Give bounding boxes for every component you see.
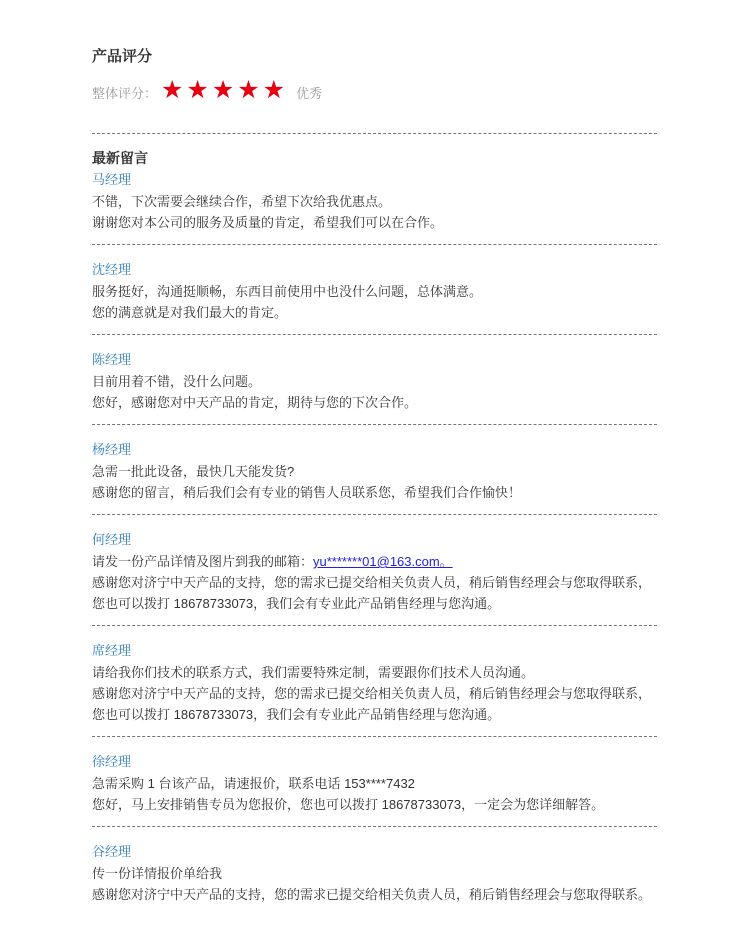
product-rating-title: 产品评分: [92, 48, 657, 66]
comment-entry: 杨经理 急需一批此设备，最快几天能发货? 感谢您的留言，稍后我们会有专业的销售人…: [92, 439, 657, 503]
commenter-name: 何经理: [92, 529, 657, 551]
comment-text: 传一份详情报价单给我: [92, 863, 657, 884]
commenter-name: 马经理: [92, 169, 657, 191]
reply-text: 您的满意就是对我们最大的肯定。: [92, 302, 657, 323]
reply-text: 谢谢您对本公司的服务及质量的肯定，希望我们可以在合作。: [92, 212, 657, 233]
comment-entry: 谷经理 传一份详情报价单给我 感谢您对济宁中天产品的支持，您的需求已提交给相关负…: [92, 841, 657, 905]
reply-text: 感谢您对济宁中天产品的支持，您的需求已提交给相关负责人员，稍后销售经理会与您取得…: [92, 884, 657, 905]
commenter-name: 徐经理: [92, 751, 657, 773]
comment-text: 请给我你们技术的联系方式，我们需要特殊定制，需要跟你们技术人员沟通。: [92, 662, 657, 683]
commenter-name: 谷经理: [92, 841, 657, 863]
comment-text: 急需采购 1 台该产品，请速报价，联系电话 153****7432: [92, 773, 657, 794]
dashed-divider: [92, 334, 657, 335]
comment-entry: 陈经理 目前用着不错，没什么问题。 您好，感谢您对中天产品的肯定，期待与您的下次…: [92, 349, 657, 413]
comment-entry: 马经理 不错，下次需要会继续合作，希望下次给我优惠点。 谢谢您对本公司的服务及质…: [92, 169, 657, 233]
dashed-divider: [92, 736, 657, 737]
comment-text: 服务挺好，沟通挺顺畅，东西目前使用中也没什么问题，总体满意。: [92, 281, 657, 302]
dashed-divider: [92, 133, 657, 134]
overall-rating-row: 整体评分： ★★★★★ 优秀: [92, 79, 657, 105]
reply-text: 感谢您的留言，稍后我们会有专业的销售人员联系您，希望我们合作愉快！: [92, 482, 657, 503]
overall-rating-label: 整体评分：: [92, 83, 157, 102]
comment-entry: 何经理 请发一份产品详情及图片到我的邮箱：yu*******01@163.com…: [92, 529, 657, 614]
dashed-divider: [92, 625, 657, 626]
commenter-name: 席经理: [92, 640, 657, 662]
comment-text: 目前用着不错，没什么问题。: [92, 371, 657, 392]
latest-comments-title: 最新留言: [92, 148, 657, 169]
dashed-divider: [92, 244, 657, 245]
content-container: 产品评分 整体评分： ★★★★★ 优秀 最新留言 马经理 不错，下次需要会继续合…: [0, 0, 660, 945]
comment-entry: 沈经理 服务挺好，沟通挺顺畅，东西目前使用中也没什么问题，总体满意。 您的满意就…: [92, 259, 657, 323]
star-rating-icon: ★★★★★: [161, 78, 288, 103]
reply-text: 您好，感谢您对中天产品的肯定，期待与您的下次合作。: [92, 392, 657, 413]
comment-text-prefix: 请发一份产品详情及图片到我的邮箱：: [92, 554, 313, 569]
rating-grade-text: 优秀: [296, 83, 322, 102]
dashed-divider: [92, 424, 657, 425]
comment-text: 请发一份产品详情及图片到我的邮箱：yu*******01@163.com。: [92, 551, 657, 572]
comment-text: 不错，下次需要会继续合作，希望下次给我优惠点。: [92, 191, 657, 212]
comment-text: 急需一批此设备，最快几天能发货?: [92, 461, 657, 482]
commenter-name: 陈经理: [92, 349, 657, 371]
masked-email-link[interactable]: yu*******01@163.com。: [313, 554, 453, 569]
comment-entry: 徐经理 急需采购 1 台该产品，请速报价，联系电话 153****7432 您好…: [92, 751, 657, 815]
commenter-name: 沈经理: [92, 259, 657, 281]
reply-text: 感谢您对济宁中天产品的支持，您的需求已提交给相关负责人员，稍后销售经理会与您取得…: [92, 683, 657, 725]
commenter-name: 杨经理: [92, 439, 657, 461]
dashed-divider: [92, 514, 657, 515]
reply-text: 您好，马上安排销售专员为您报价，您也可以拨打 18678733073，一定会为您…: [92, 794, 657, 815]
comment-entry: 席经理 请给我你们技术的联系方式，我们需要特殊定制，需要跟你们技术人员沟通。 感…: [92, 640, 657, 725]
product-review-page: 产品评分 整体评分： ★★★★★ 优秀 最新留言 马经理 不错，下次需要会继续合…: [0, 0, 750, 945]
reply-text: 感谢您对济宁中天产品的支持，您的需求已提交给相关负责人员，稍后销售经理会与您取得…: [92, 572, 657, 614]
dashed-divider: [92, 826, 657, 827]
